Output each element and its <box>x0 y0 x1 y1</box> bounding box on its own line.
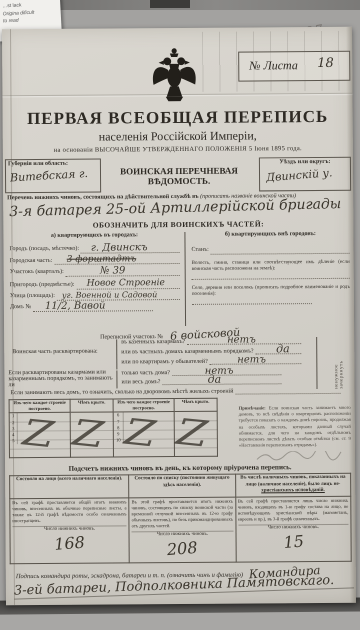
city-field-row: Городская часть: 3 форштадтъ <box>10 257 180 266</box>
note-title: Примѣчаніе: <box>239 405 266 410</box>
whole-house-line: Если занимаютъ весь домъ, то означить, с… <box>11 388 341 396</box>
count-col-note: Въ сей графѣ проставляется общій итогъ н… <box>12 499 126 525</box>
sheet-number-value: 18 <box>317 56 334 71</box>
rural-stan-label: Станъ: <box>192 247 209 255</box>
census-title: ПЕРВАЯ ВСЕОБЩАЯ ПЕРЕПИСЬ <box>3 107 353 129</box>
city-field-value: 11/2, Вавой <box>45 299 105 312</box>
count-col-body: Въ этой графѣ проставляется итогъ нижних… <box>129 497 236 563</box>
quartering-lead: Воинская часть расквартирована: <box>12 348 112 355</box>
sheet-number-label: № Листа <box>249 58 298 73</box>
approval-line: на основаніи ВЫСОЧАЙШЕ УТВЕРЖДЕННАГО ПОЛ… <box>3 145 353 154</box>
question-label: или въ частныхъ домахъ казарменнымъ поря… <box>121 348 253 355</box>
uyezd-box: Уѣздъ или округъ: Двинскій у. <box>259 157 351 192</box>
rural-selo-line <box>192 298 312 305</box>
margin-note: ненужное зачеркнуть <box>334 339 344 389</box>
buildings-cell: Z <box>70 412 113 457</box>
city-column: а) квартирующихъ въ городахъ: Городъ (по… <box>9 232 180 312</box>
census-form-sheet: № Листа 18 ПЕРВАЯ ВСЕОБЩАЯ ПЕРЕПИСЬ насе… <box>2 27 356 605</box>
count-value: 15 <box>237 528 349 558</box>
pencil-scribble <box>255 451 345 464</box>
answer-value: да <box>208 373 222 386</box>
row-number: 5 <box>10 438 17 444</box>
buildings-col-header: Чѣмъ крыто. <box>70 399 113 413</box>
question-row: въ казенныхъ казармахъ? нетъ <box>121 338 301 345</box>
scan-dark-notch <box>150 0 190 8</box>
answer-value: да <box>276 342 290 355</box>
question-row: или по квартирамъ у обывателей? нетъ <box>121 358 301 365</box>
question-label: или весь домъ? <box>121 379 160 385</box>
pen-strike-mark: Z <box>122 412 181 458</box>
note-block: Примѣчаніе: Если воинская часть занимает… <box>239 405 351 449</box>
rural-volost-label: Волость, гмина, станица или соотвѣтствую… <box>192 259 350 273</box>
count-table: Состояло на лицо (всего наличнаго населе… <box>9 473 352 564</box>
city-field-row: Участокъ (кварталъ): № 39 <box>10 268 180 277</box>
count-heading: Подсчетъ нижнихъ чиновъ въ день, къ кото… <box>5 463 355 473</box>
city-field-value: г. Двинскъ <box>91 241 148 254</box>
question-row: или весь домъ? да <box>121 378 281 385</box>
rural-volost-line <box>192 272 350 279</box>
imperial-eagle-icon <box>148 46 200 106</box>
pen-strike-mark: Z <box>174 412 223 457</box>
question-row: только часть дома? нетъ <box>121 369 281 376</box>
count-col-header: Состояло на лицо (всего наличнаго населе… <box>10 475 129 498</box>
count-col-header-text: Въ числѣ наличныхъ чиновъ, показанныхъ н… <box>240 475 345 487</box>
quartering-brace-2 <box>116 370 117 388</box>
buildings-table: Изъ чего каждое строеніе построено. Чѣмъ… <box>9 398 218 459</box>
quartering-second-lead: Если расквартированы казармами или казар… <box>8 369 114 388</box>
city-field-label: Участокъ (кварталъ): <box>10 269 64 277</box>
city-field-row: Городъ (посадъ, мѣстечко): г. Двинскъ <box>10 245 180 254</box>
count-col-note: Въ этой графѣ проставляется итогъ нижних… <box>131 498 233 530</box>
count-col-body: Въ сей графѣ проставляется лишь число ни… <box>235 496 351 562</box>
rural-selo-label: Село, деревня или поселокъ (прописать по… <box>192 284 350 298</box>
pen-strike-mark: Z <box>21 413 77 459</box>
buildings-col-header: Изъ чего каждое строеніе построено. <box>9 399 70 413</box>
question-label: только часть дома? <box>121 370 170 376</box>
buildings-cell: 1 2 3 4 5 Z <box>9 413 70 458</box>
whole-house-label: Если занимаютъ весь домъ, то означить, с… <box>11 389 234 397</box>
rural-column: б) квартирующихъ внѣ городовъ: Станъ: Во… <box>191 231 350 305</box>
margin-rule <box>316 337 317 389</box>
count-value: 208 <box>131 535 234 565</box>
question-label: въ казенныхъ казармахъ? <box>121 339 185 345</box>
rural-field-row: Станъ: <box>192 246 350 255</box>
city-field-value: Новое Строеніе <box>87 278 165 290</box>
form-name: ВОИНСКАЯ ПЕРЕЧНЕВАЯ ВѢДОМОСТЬ. <box>103 165 255 186</box>
city-field-row: Домъ № 11/2, Вавой <box>10 303 180 312</box>
count-col-header-underlined: христіанскихъ исповѣданій. <box>261 488 325 493</box>
city-field-label: Домъ № <box>10 304 31 312</box>
quartering-brace <box>116 339 117 369</box>
city-field-label: Городъ (посадъ, мѣстечко): <box>10 245 80 253</box>
question-label: или по квартирамъ у обывателей? <box>121 359 207 366</box>
column-divider <box>184 232 186 326</box>
corner-label-line: to read <box>3 15 59 25</box>
count-col-note: Въ сей графѣ проставляется лишь число ни… <box>238 497 349 523</box>
province-box: Губернія или область: Витебская г. <box>5 159 101 194</box>
buildings-cell: Z <box>174 412 217 457</box>
city-field-row: Пригородъ (предмѣстье): Новое Строеніе <box>10 281 180 290</box>
city-field-label: Городская часть: <box>10 257 53 265</box>
question-row: или въ частныхъ домахъ казарменнымъ поря… <box>121 348 301 355</box>
note-text: Если воинская часть занимаетъ много домо… <box>239 405 351 448</box>
buildings-cell: 6 7 8 9 10 Z <box>113 412 174 457</box>
count-col-header: Въ числѣ наличныхъ чиновъ, показанныхъ н… <box>235 473 351 496</box>
section-marker: ОБОЗНАЧИТЬ ДЛЯ ВОИНСКИХЪ ЧАСТЕЙ: <box>3 219 353 230</box>
city-field-value: № 39 <box>100 265 125 278</box>
count-col-body: Въ сей графѣ проставляется общій итогъ н… <box>10 497 130 563</box>
city-field-label: Пригородъ (предмѣстье): <box>10 282 75 290</box>
answer-value: нетъ <box>227 334 256 345</box>
census-subtitle: населенія Россійской Имперіи, <box>3 128 353 145</box>
count-col-header: Состояло по списку (постоянно живущаго з… <box>129 474 236 497</box>
scanned-census-sheet: { "scan": { "corner_label": {"line1": "…… <box>0 0 360 630</box>
buildings-col-header: Изъ чего каждое строеніе построено. <box>113 399 174 413</box>
answer-value: нетъ <box>237 354 266 365</box>
sheet-number-box: № Листа 18 <box>238 51 350 82</box>
city-column-heading: а) квартирующихъ въ городахъ: <box>9 232 179 241</box>
rural-column-heading: б) квартирующихъ внѣ городовъ: <box>191 231 349 240</box>
pen-strike-mark: Z <box>70 413 119 458</box>
buildings-col-header: Чѣмъ крыто. <box>174 398 217 412</box>
